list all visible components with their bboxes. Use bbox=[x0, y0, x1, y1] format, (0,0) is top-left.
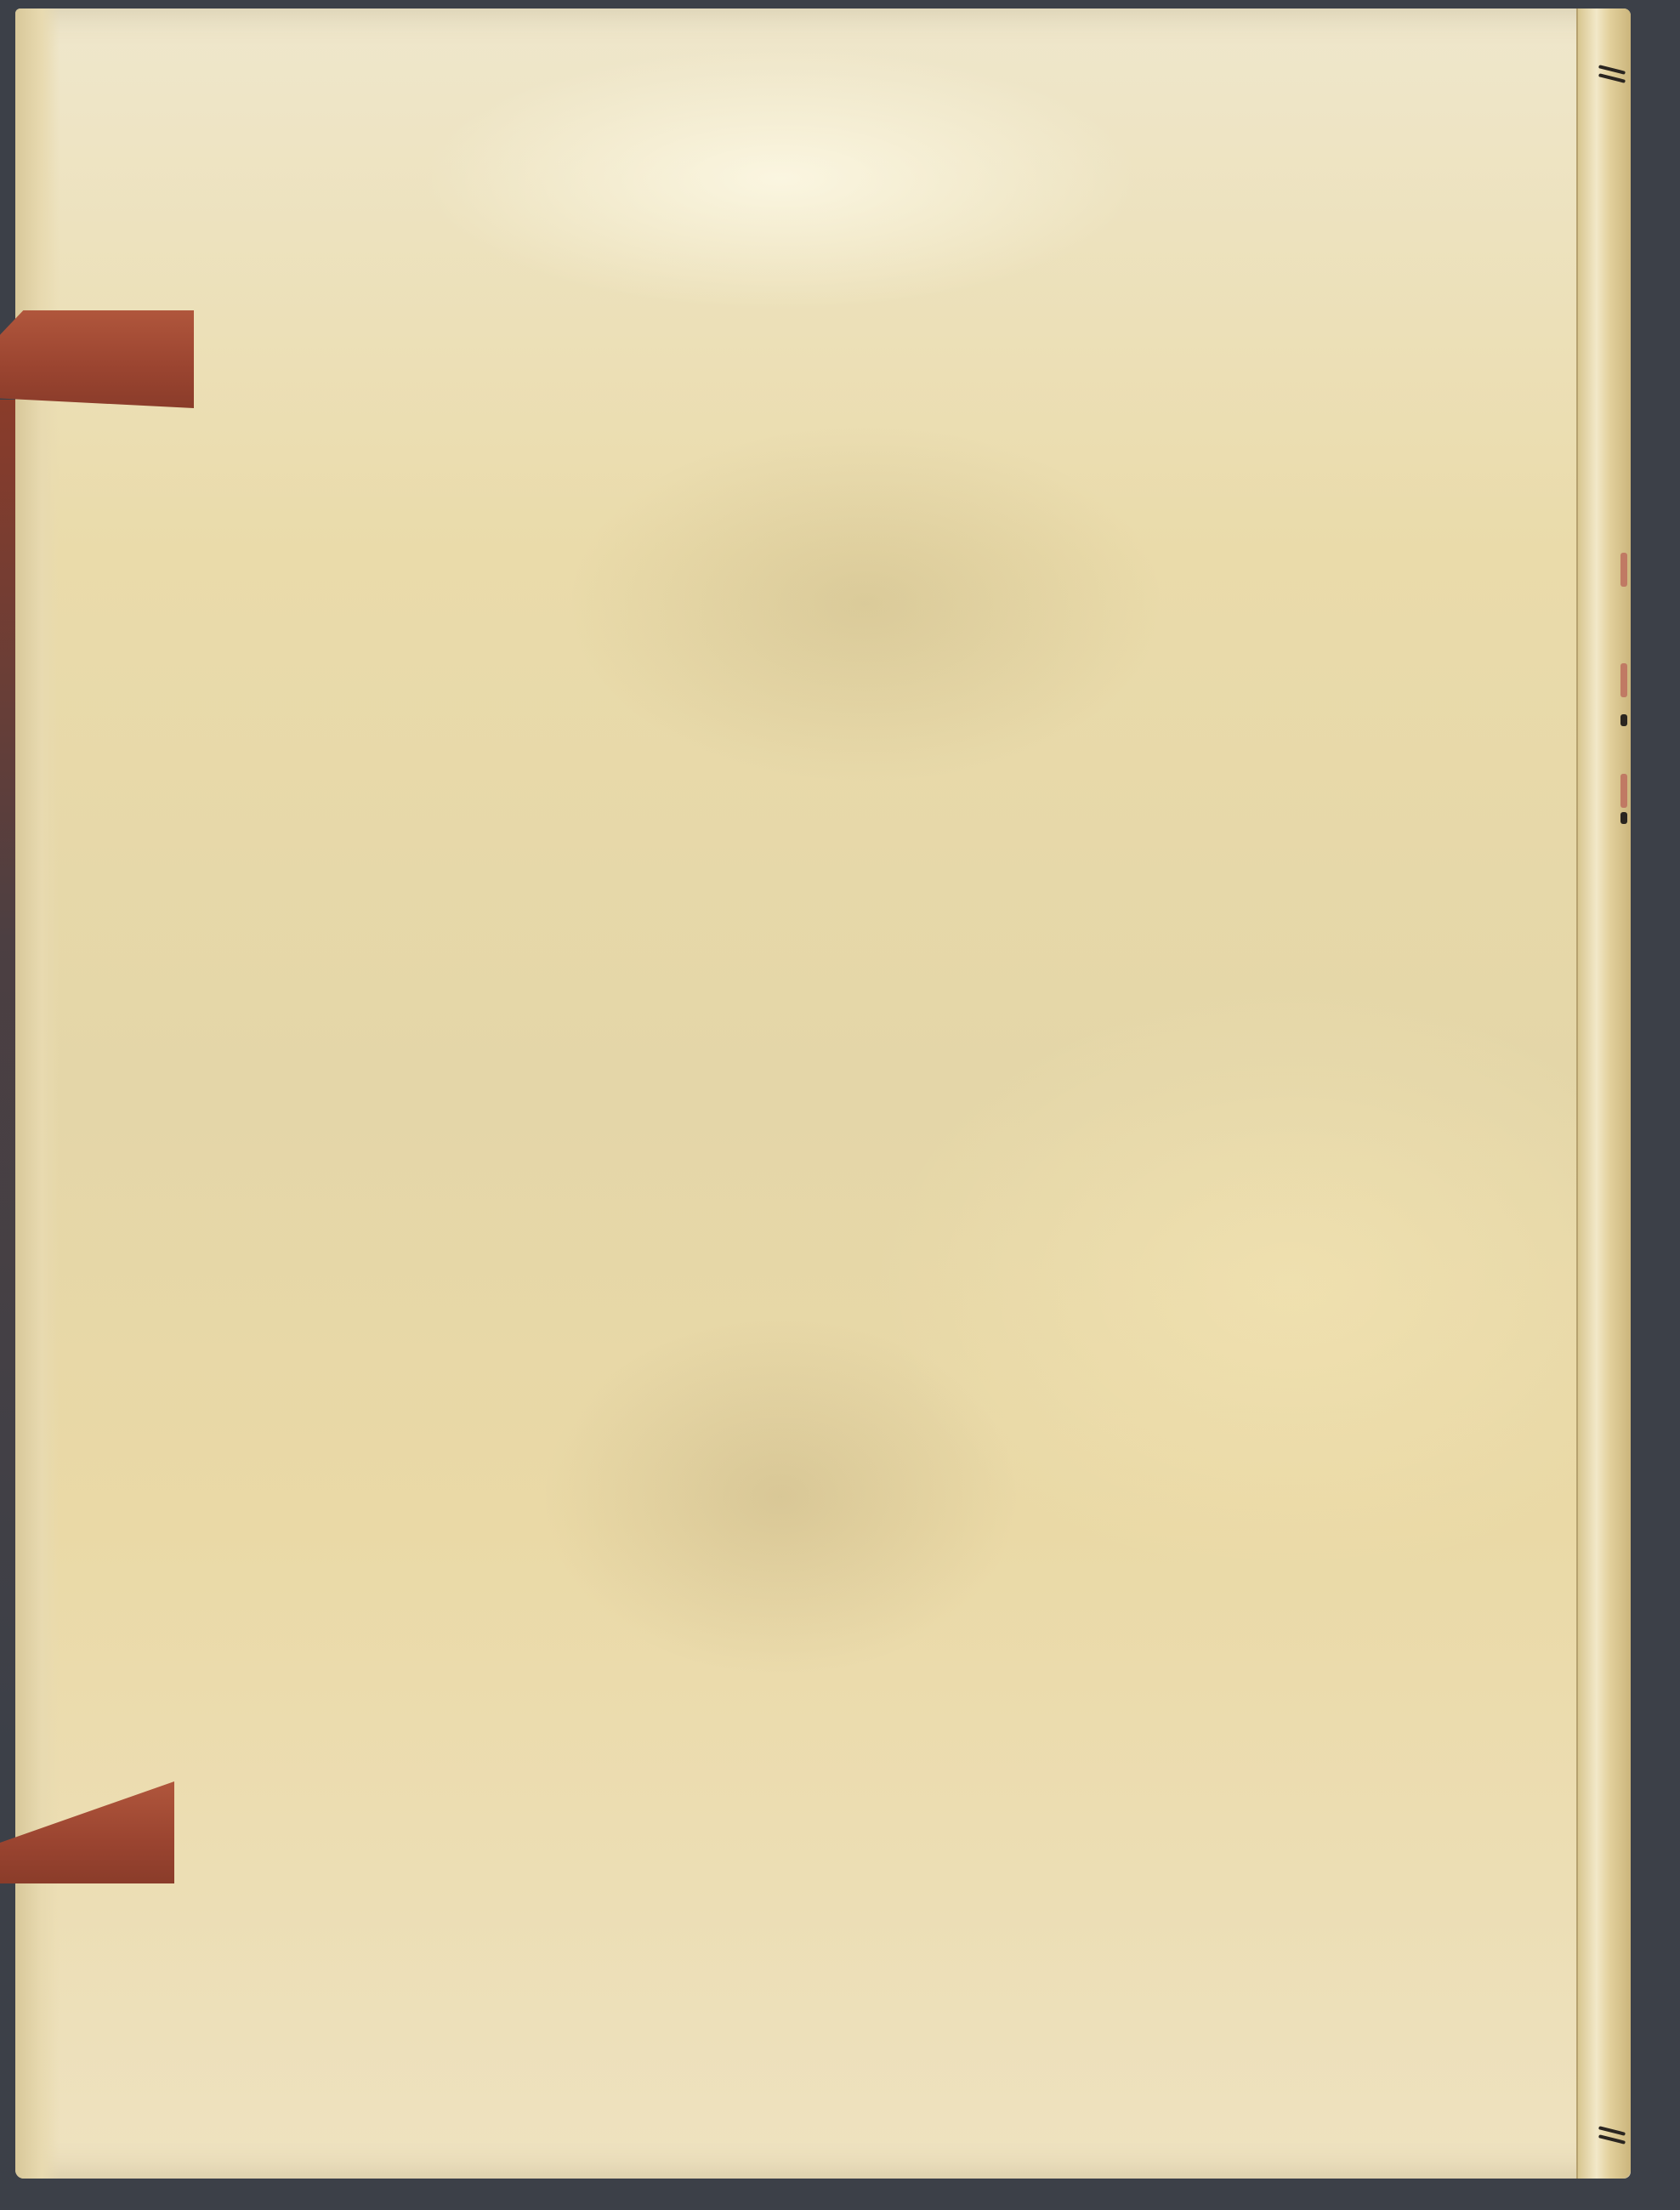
spine-rules-top bbox=[1598, 68, 1626, 83]
spine-rules-bottom bbox=[1598, 2129, 1626, 2145]
book-back-cover bbox=[15, 9, 1631, 2179]
spine-red-mark bbox=[1620, 553, 1627, 587]
spine-black-mark bbox=[1620, 812, 1627, 824]
ribbon-top bbox=[0, 310, 194, 408]
ribbon-top-tail bbox=[0, 400, 15, 1760]
book-spine bbox=[1576, 9, 1631, 2179]
spine-red-mark bbox=[1620, 663, 1627, 697]
spine-red-mark bbox=[1620, 774, 1627, 808]
spine-black-mark bbox=[1620, 714, 1627, 726]
